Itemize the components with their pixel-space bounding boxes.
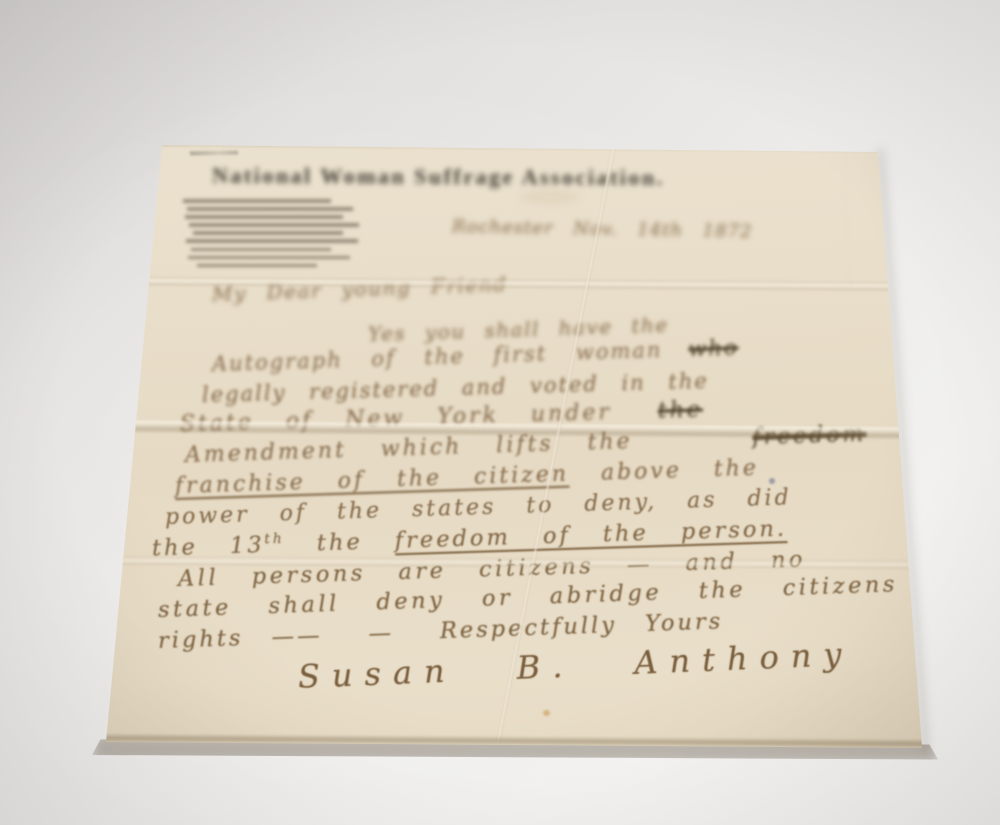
photo-vignette xyxy=(0,0,1000,825)
photograph-of-letter: National Woman Suffrage Association. Roc… xyxy=(0,0,1000,825)
